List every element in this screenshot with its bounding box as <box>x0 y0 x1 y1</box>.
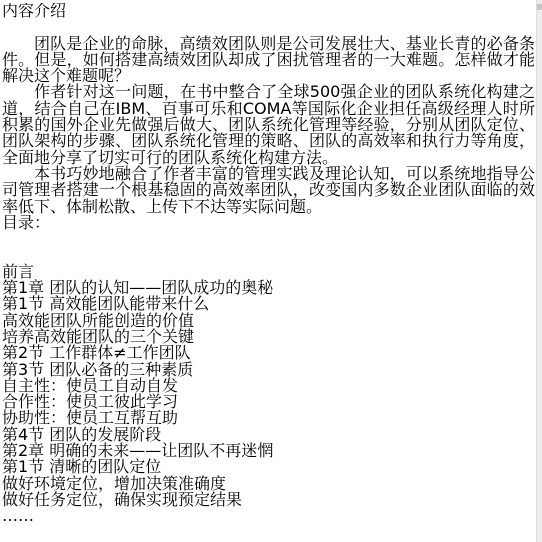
toc-label: 目录： <box>2 215 535 231</box>
intro-paragraphs: 团队是企业的命脉，高绩效团队则是公司发展壮大、基业长青的必备条件。但是，如何搭建… <box>2 36 535 215</box>
intro-paragraph: 本书巧妙地融合了作者丰富的管理实践及理论认知，可以系统地指导公司管理者搭建一个根… <box>2 166 535 215</box>
document-page: 内容介绍 团队是企业的命脉，高绩效团队则是公司发展壮大、基业长青的必备条件。但是… <box>0 0 542 542</box>
intro-paragraph: 团队是企业的命脉，高绩效团队则是公司发展壮大、基业长青的必备条件。但是，如何搭建… <box>2 36 535 85</box>
intro-paragraph: 作者针对这一问题，在书中整合了全球500强企业的团队系统化构建之道，结合自己在I… <box>2 84 535 165</box>
toc-line: 做好任务定位，确保实现预定结果 <box>2 492 535 508</box>
toc-list: 前言第1章 团队的认知——团队成功的奥秘第1节 高效能团队能带来什么高效能团队所… <box>2 264 535 525</box>
scrollbar-track[interactable] <box>536 0 542 542</box>
scrollbar-thumb[interactable] <box>537 4 542 10</box>
toc-line: …… <box>2 508 535 524</box>
document-content: 内容介绍 团队是企业的命脉，高绩效团队则是公司发展壮大、基业长青的必备条件。但是… <box>2 3 535 542</box>
page-title: 内容介绍 <box>2 3 535 19</box>
